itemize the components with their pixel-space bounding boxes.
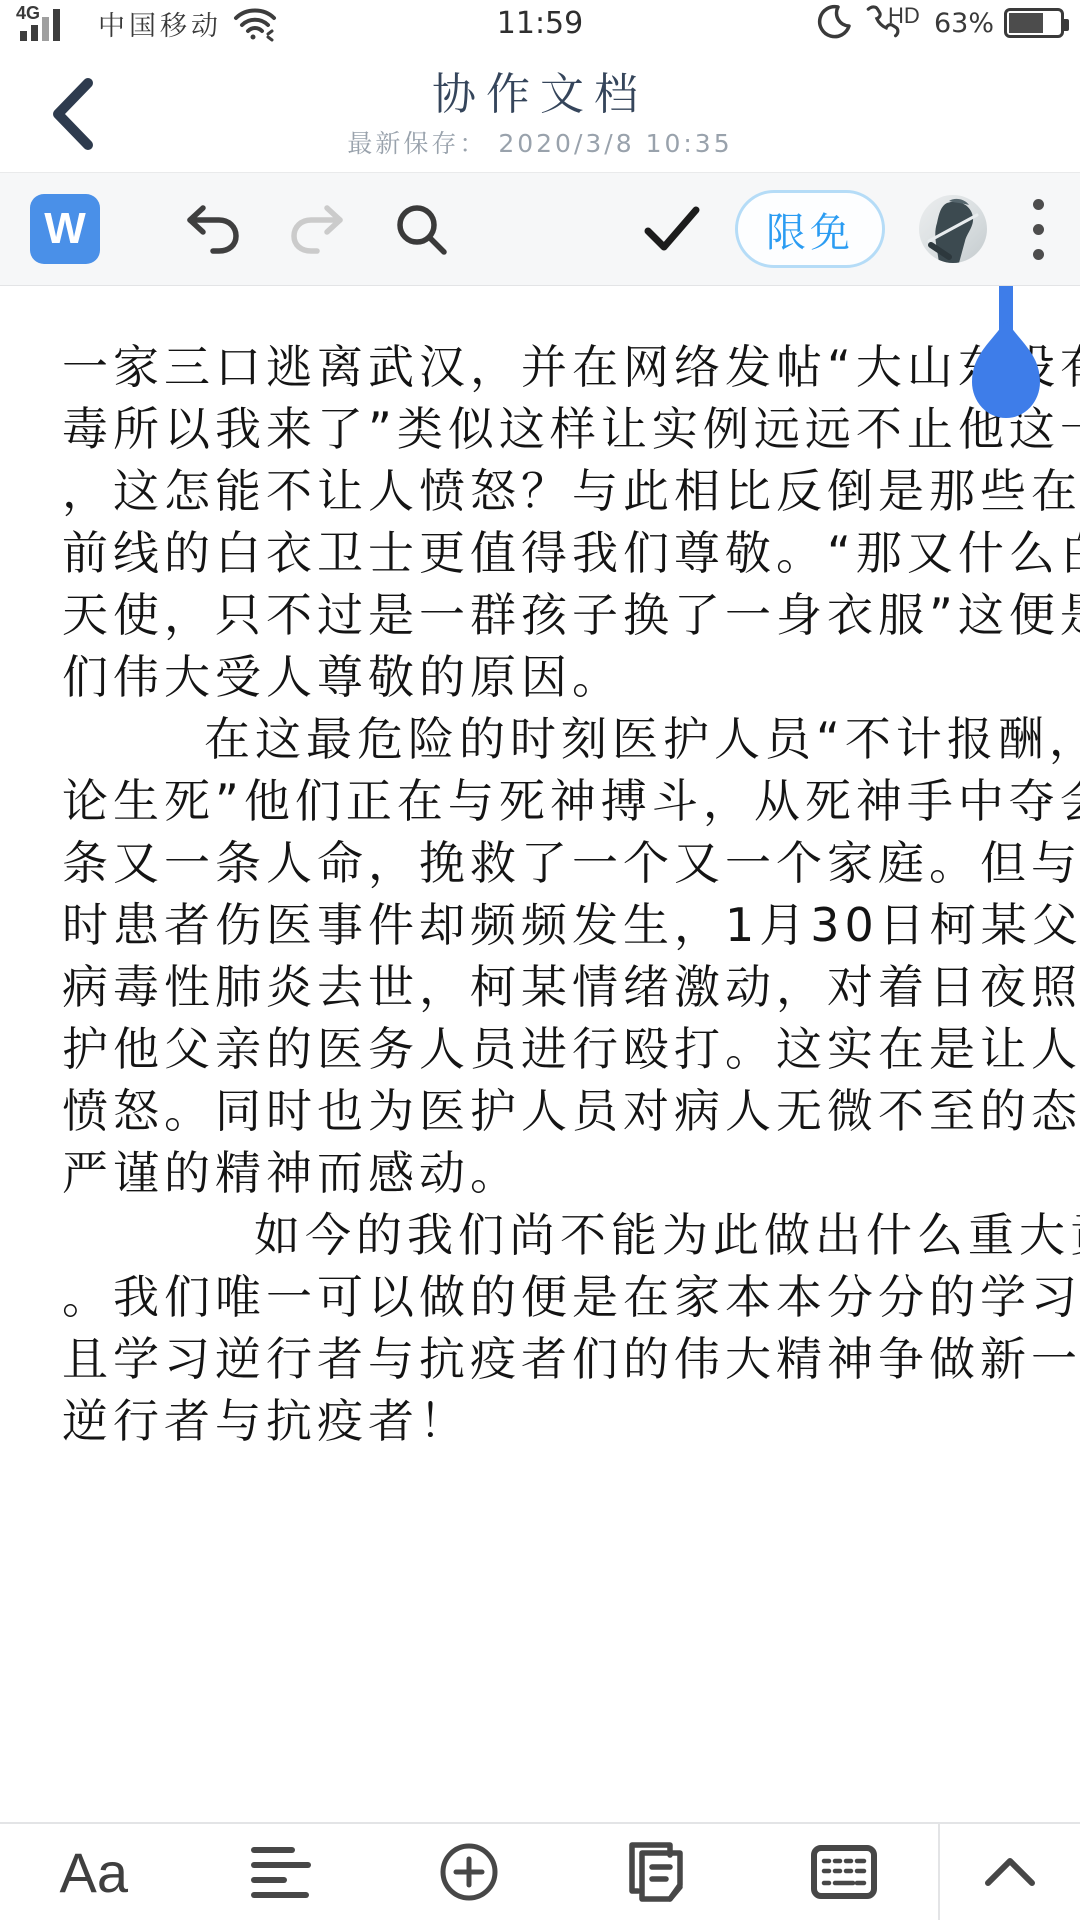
limited-free-badge[interactable]: 限免 [735,190,885,268]
search-button[interactable] [392,200,450,258]
page-title: 协作文档 [0,58,1080,122]
battery-icon [1004,8,1064,38]
status-bar: 4G 中国移动 11:59 HD 6 [0,0,1080,46]
document-line[interactable]: 病毒性肺炎去世，柯某情绪激动，对着日夜照顾救 [62,956,1018,1018]
pages-annotate-icon [626,1841,688,1903]
document-line[interactable]: 一家三口逃离武汉，并在网络发帖“大山东没有病 [62,336,1018,398]
document-line[interactable]: 且学习逆行者与抗疫者们的伟大精神争做新一代的 [62,1328,1018,1390]
document-line[interactable]: 愤怒。同时也为医护人员对病人无微不至的态度与 [62,1080,1018,1142]
document-line[interactable]: 在这最危险的时刻医护人员“不计报酬，无 [62,708,1018,770]
avatar[interactable] [919,195,987,263]
document-line[interactable]: 。我们唯一可以做的便是在家本本分分的学习，并 [62,1266,1018,1328]
insert-button[interactable] [375,1824,563,1920]
font-format-label: Aa [60,1840,129,1905]
font-format-button[interactable]: Aa [0,1824,188,1920]
undo-icon [186,204,240,254]
last-saved-status: 最新保存： 2020/3/8 10:35 [0,124,1080,160]
avatar-image [919,195,987,263]
redo-icon [290,204,344,254]
document-line[interactable]: 前线的白衣卫士更值得我们尊敬。“那又什么白衣 [62,522,1018,584]
document-line[interactable]: 护他父亲的医务人员进行殴打。这实在是让人为之 [62,1018,1018,1080]
document-line[interactable]: 毒所以我来了”类似这样让实例远远不止他这一个 [62,398,1018,460]
redo-button[interactable] [288,200,346,258]
last-saved-label: 最新保存： [347,129,487,158]
document-line[interactable]: 如今的我们尚不能为此做出什么重大贡献 [62,1204,1018,1266]
keyboard-button[interactable] [750,1824,938,1920]
document-header: 协作文档 最新保存： 2020/3/8 10:35 [0,46,1080,172]
more-options-button[interactable] [1027,193,1050,266]
paragraph-format-button[interactable] [188,1824,376,1920]
phone-screen: 4G 中国移动 11:59 HD 6 [0,0,1080,1920]
text-cursor-drag-handle[interactable] [966,286,1046,436]
plus-circle-icon [439,1842,499,1902]
chevron-up-icon [982,1855,1038,1889]
document-line[interactable]: 时患者伤医事件却频频发生，1月30日柯某父亲因 [62,894,1018,956]
last-saved-time: 2020/3/8 10:35 [498,129,732,158]
clock: 11:59 [0,6,1080,41]
document-line[interactable]: 论生死”他们正在与死神搏斗，从死神手中夺会一 [62,770,1018,832]
checkmark-icon [643,205,701,253]
cursor-handle-icon [966,286,1046,436]
kebab-dot [1033,249,1044,260]
bottom-toolbar: Aa [0,1822,1080,1920]
document-line[interactable]: 天使，只不过是一群孩子换了一身衣服”这便是他 [62,584,1018,646]
done-editing-button[interactable] [643,200,701,258]
bottom-tools: Aa [0,1824,938,1920]
document-line[interactable]: 们伟大受人尊敬的原因。 [62,646,1018,708]
collapse-toolbar-button[interactable] [940,1824,1080,1920]
document-editor[interactable]: 一家三口逃离武汉，并在网络发帖“大山东没有病 毒所以我来了”类似这样让实例远远不… [0,286,1080,1822]
document-line[interactable]: 逆行者与抗疫者！ [62,1390,1018,1452]
search-icon [393,201,449,257]
undo-button[interactable] [184,200,242,258]
pages-annotate-button[interactable] [563,1824,751,1920]
document-line[interactable]: 严谨的精神而感动。 [62,1142,1018,1204]
document-line[interactable]: 条又一条人命，挽救了一个又一个家庭。但与此同 [62,832,1018,894]
paragraph-align-icon [250,1844,312,1900]
kebab-dot [1033,199,1044,210]
editor-toolbar: W 限免 [0,172,1080,286]
wps-writer-logo[interactable]: W [30,194,100,264]
keyboard-icon [811,1845,877,1899]
document-line[interactable]: ，这怎能不让人愤怒？与此相比反倒是那些在抗疫 [62,460,1018,522]
kebab-dot [1033,224,1044,235]
